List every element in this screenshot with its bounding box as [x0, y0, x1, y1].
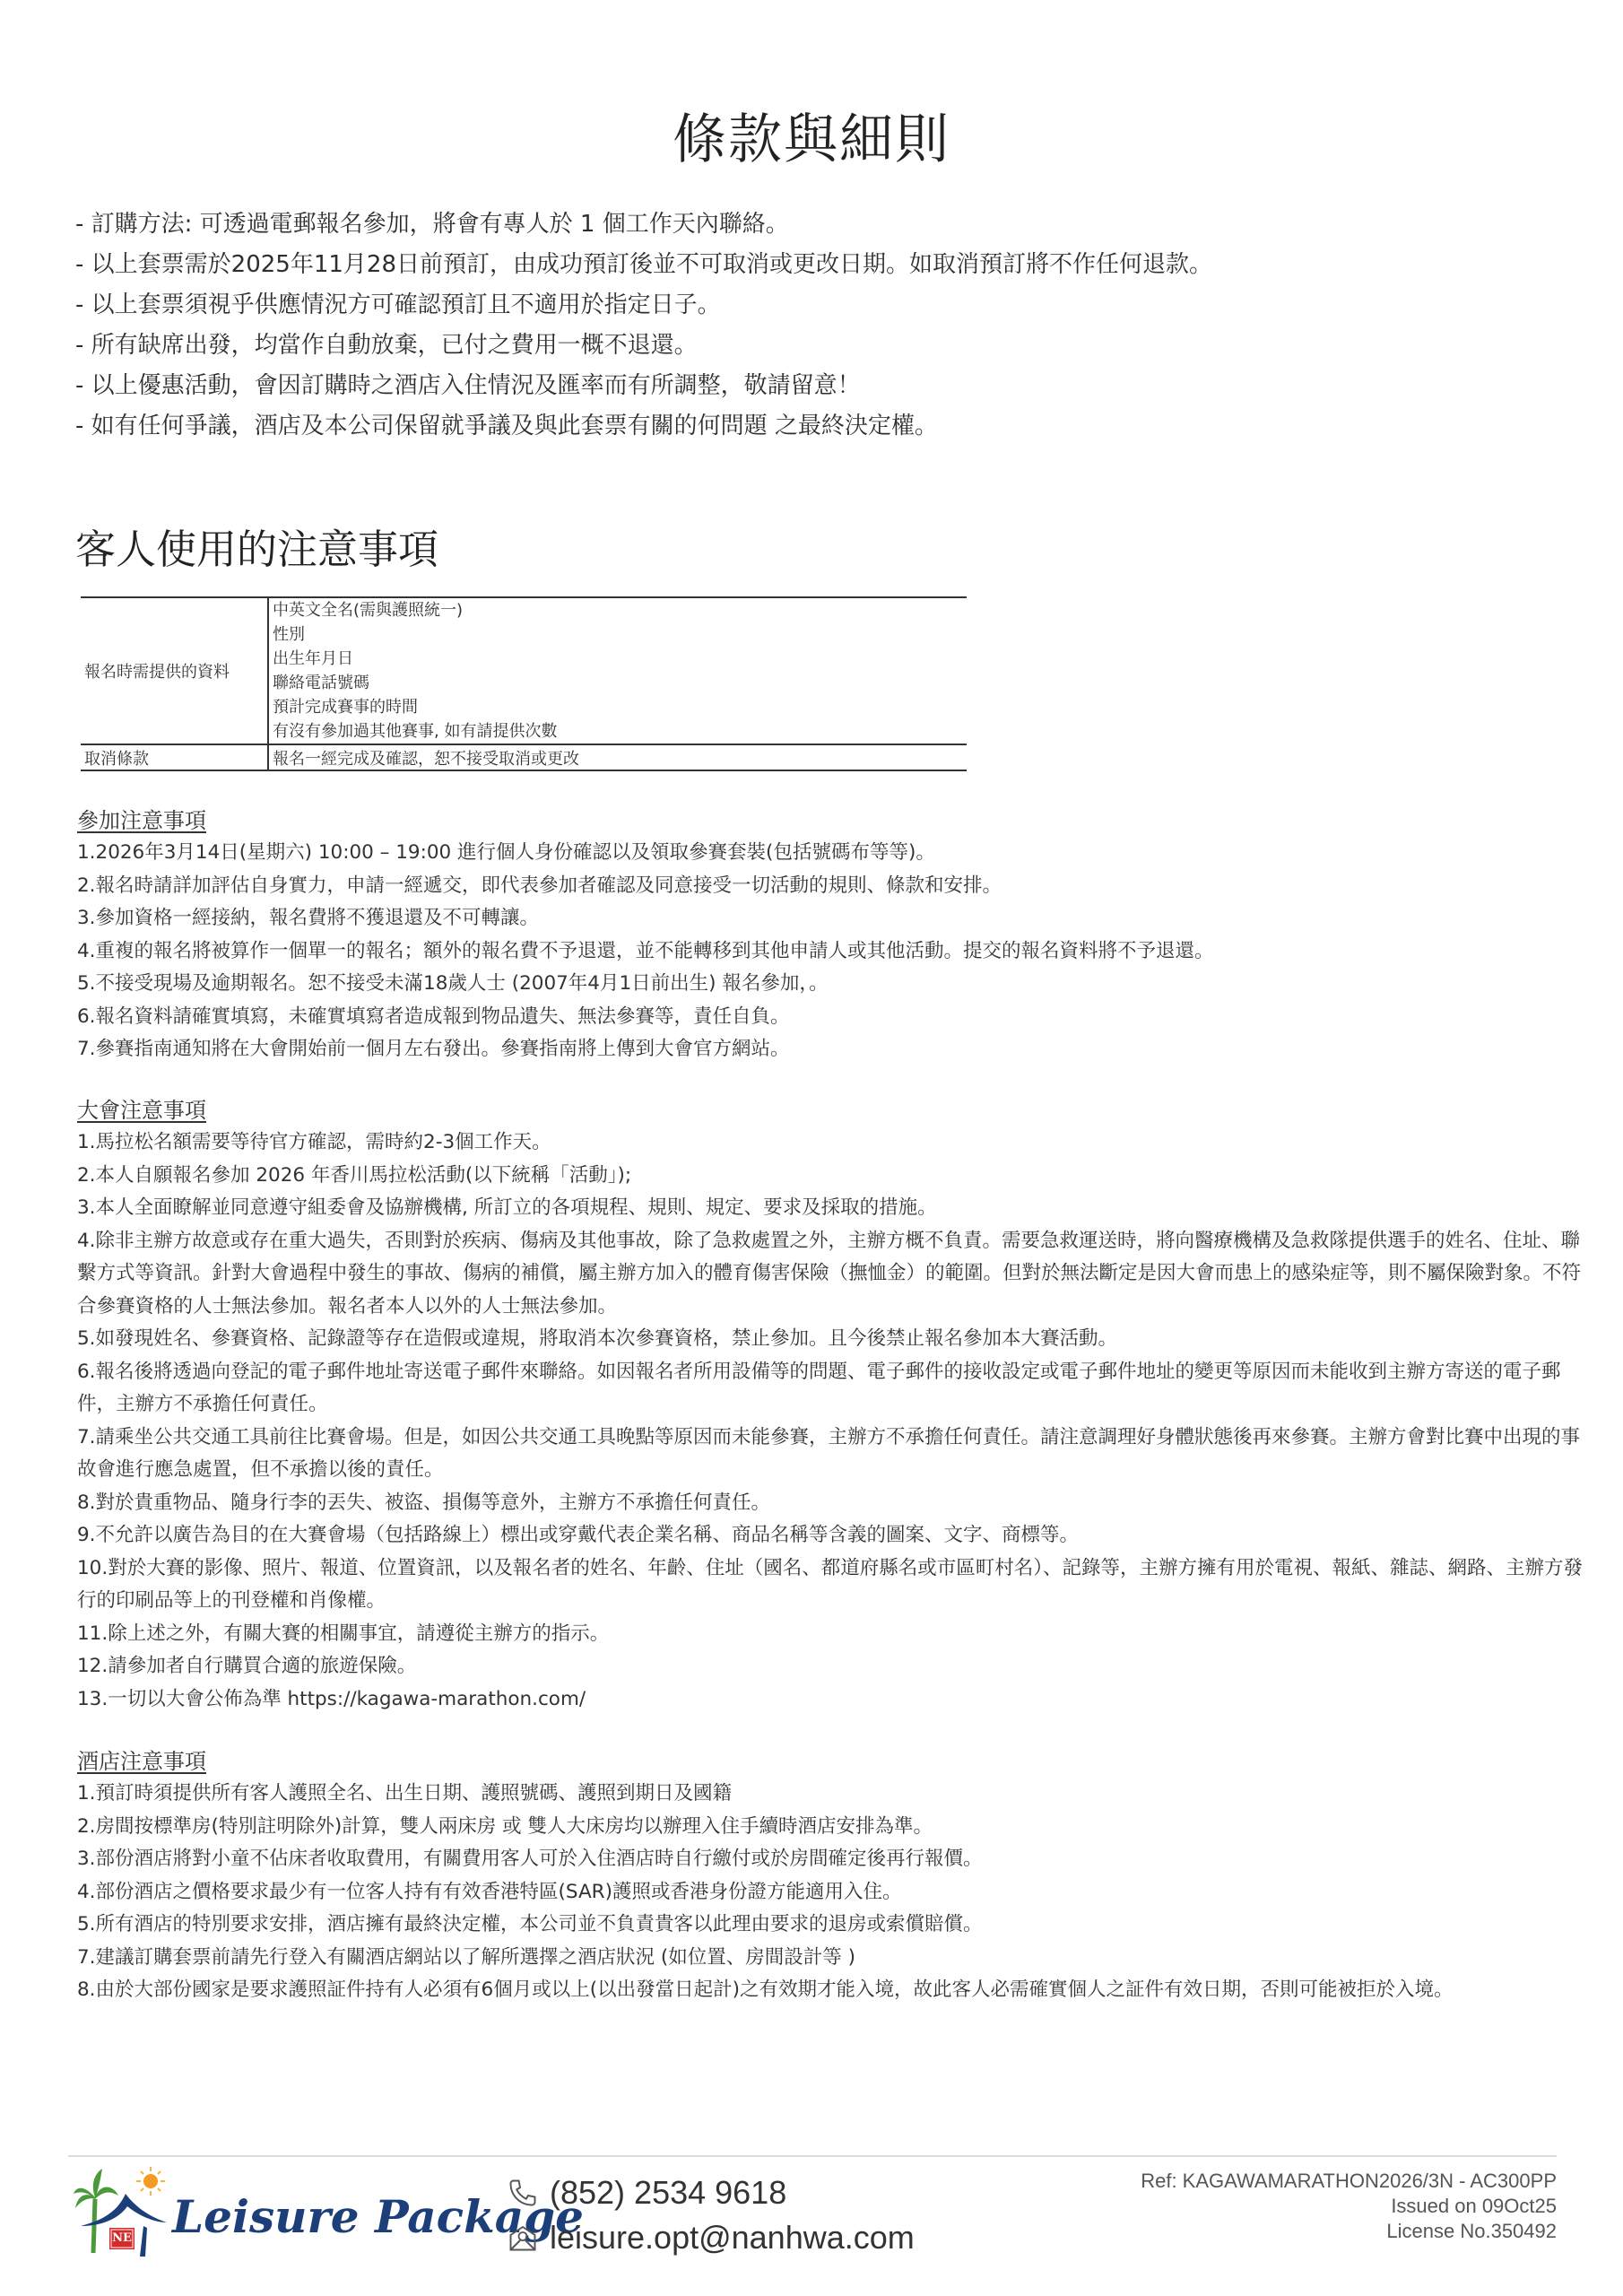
footer-divider	[68, 2155, 1557, 2157]
note-item: 11.除上述之外，有關大賽的相關事宜，請遵從主辦方的指示。	[77, 1618, 1584, 1651]
note-item: 9.不允許以廣告為目的在大賽會場（包括路線上）標出或穿戴代表企業名稱、商品名稱等…	[77, 1519, 1584, 1552]
note-item: 5.不接受現場及逾期報名。恕不接受未滿18歲人士 (2007年4月1日前出生) …	[77, 968, 1584, 1001]
license-number: License No.350492	[1141, 2219, 1557, 2244]
note-item: 5.如發現姓名、參賽資格、記錄證等存在造假或違規，將取消本次參賽資格，禁止參加。…	[77, 1323, 1584, 1356]
hotel-notes: 酒店注意事項 1.預訂時須提供所有客人護照全名、出生日期、護照號碼、護照到期日及…	[77, 1745, 1584, 2007]
company-logo: NE Leisure Package	[74, 2163, 495, 2262]
email-address[interactable]: leisure.opt@nanhwa.com	[550, 2219, 915, 2257]
section-heading: 大會注意事項	[77, 1094, 1584, 1126]
palm-house-logo-icon	[74, 2163, 172, 2262]
issue-date: Issued on 09Oct25	[1141, 2194, 1557, 2219]
note-item: 2.本人自願報名參加 2026 年香川馬拉松活動(以下統稱「活動」);	[77, 1160, 1584, 1193]
note-item: 10.對於大賽的影像、照片、報道、位置資訊，以及報名者的姓名、年齡、住址（國名、…	[77, 1552, 1584, 1618]
table-label-cell: 取消條款	[81, 744, 268, 770]
email-icon	[507, 2222, 539, 2254]
terms-item: - 訂購方法: 可透過電郵報名參加，將會有專人於 1 個工作天內聯絡。	[75, 204, 1555, 245]
note-item: 1.馬拉松名額需要等待官方確認，需時約2-3個工作天。	[77, 1126, 1584, 1160]
note-item: 5.所有酒店的特別要求安排，酒店擁有最終決定權，本公司並不負責貴客以此理由要求的…	[77, 1909, 1584, 1942]
registration-info-table: 報名時需提供的資料 中英文全名(需與護照統一) 性別 出生年月日 聯絡電話號碼 …	[81, 596, 967, 771]
guest-section-title: 客人使用的注意事項	[75, 517, 438, 575]
detail-line: 有沒有參加過其他賽事, 如有請提供次數	[273, 719, 963, 744]
terms-item: - 如有任何爭議，酒店及本公司保留就爭議及與此套票有關的何問題 之最終決定權。	[75, 406, 1555, 447]
phone-number[interactable]: (852) 2534 9618	[550, 2174, 786, 2212]
note-item: 7.參賽指南通知將在大會開始前一個月左右發出。參賽指南將上傳到大會官方網站。	[77, 1033, 1584, 1066]
note-item: 4.重複的報名將被算作一個單一的報名；額外的報名費不予退還，並不能轉移到其他申請…	[77, 935, 1584, 969]
table-detail-cell: 中英文全名(需與護照統一) 性別 出生年月日 聯絡電話號碼 預計完成賽事的時間 …	[268, 597, 967, 744]
note-item: 8.由於大部份國家是要求護照証件持有人必須有6個月或以上(以出發當日起計)之有效…	[77, 1974, 1584, 2007]
detail-line: 出生年月日	[273, 647, 963, 671]
reference-block: Ref: KAGAWAMARATHON2026/3N - AC300PP Iss…	[1141, 2169, 1557, 2244]
section-heading: 參加注意事項	[77, 804, 1584, 837]
logo-badge-text: NE	[111, 2231, 133, 2247]
terms-item: - 以上套票須視乎供應情況方可確認預訂且不適用於指定日子。	[75, 285, 1555, 326]
note-item: 3.部份酒店將對小童不佔床者收取費用，有關費用客人可於入住酒店時自行繳付或於房間…	[77, 1843, 1584, 1876]
note-item: 8.對於貴重物品、隨身行李的丟失、被盜、損傷等意外，主辦方不承擔任何責任。	[77, 1487, 1584, 1520]
note-item: 1.預訂時須提供所有客人護照全名、出生日期、護照號碼、護照到期日及國籍	[77, 1778, 1584, 1811]
note-item: 7.請乘坐公共交通工具前往比賽會場。但是，如因公共交通工具晚點等原因而未能參賽，…	[77, 1422, 1584, 1487]
note-item: 3.本人全面瞭解並同意遵守組委會及協辦機構, 所訂立的各項規程、規則、規定、要求…	[77, 1192, 1584, 1225]
event-notes: 大會注意事項 1.馬拉松名額需要等待官方確認，需時約2-3個工作天。 2.本人自…	[77, 1094, 1584, 1716]
detail-line: 性別	[273, 622, 963, 647]
note-item: 13.一切以大會公佈為準 https://kagawa-marathon.com…	[77, 1683, 1584, 1717]
terms-list: - 訂購方法: 可透過電郵報名參加，將會有專人於 1 個工作天內聯絡。 - 以上…	[75, 204, 1555, 447]
note-item: 6.報名資料請確實填寫，未確實填寫者造成報到物品遺失、無法參賽等，責任自負。	[77, 1001, 1584, 1034]
note-item: 7.建議訂購套票前請先行登入有關酒店網站以了解所選擇之酒店狀況 (如位置、房間設…	[77, 1942, 1584, 1975]
table-row: 取消條款 報名一經完成及確認，恕不接受取消或更改	[81, 744, 967, 770]
table-label-cell: 報名時需提供的資料	[81, 597, 268, 744]
detail-line: 聯絡電話號碼	[273, 671, 963, 695]
detail-line: 中英文全名(需與護照統一)	[273, 598, 963, 622]
page-title: 條款與細則	[0, 97, 1623, 174]
participation-notes: 參加注意事項 1.2026年3月14日(星期六) 10:00 – 19:00 進…	[77, 804, 1584, 1066]
note-item: 12.請參加者自行購買合適的旅遊保險。	[77, 1650, 1584, 1683]
table-row: 報名時需提供的資料 中英文全名(需與護照統一) 性別 出生年月日 聯絡電話號碼 …	[81, 597, 967, 744]
phone-row: (852) 2534 9618	[507, 2170, 915, 2215]
note-item: 4.部份酒店之價格要求最少有一位客人持有有效香港特區(SAR)護照或香港身份證方…	[77, 1876, 1584, 1909]
terms-item: - 以上套票需於2025年11月28日前預訂，由成功預訂後並不可取消或更改日期。…	[75, 245, 1555, 285]
note-item: 4.除非主辦方故意或存在重大過失，否則對於疾病、傷病及其他事故，除了急救處置之外…	[77, 1225, 1584, 1324]
note-item: 2.報名時請詳加評估自身實力，申請一經遞交，即代表參加者確認及同意接受一切活動的…	[77, 870, 1584, 903]
note-item: 2.房間按標準房(特別註明除外)計算，雙人兩床房 或 雙人大床房均以辦理入住手續…	[77, 1811, 1584, 1844]
table-detail-cell: 報名一經完成及確認，恕不接受取消或更改	[268, 744, 967, 770]
detail-line: 預計完成賽事的時間	[273, 695, 963, 719]
note-item: 3.參加資格一經接納，報名費將不獲退還及不可轉讓。	[77, 902, 1584, 935]
reference-number: Ref: KAGAWAMARATHON2026/3N - AC300PP	[1141, 2169, 1557, 2194]
phone-icon	[507, 2177, 539, 2209]
terms-item: - 所有缺席出發，均當作自動放棄，已付之費用一概不退還。	[75, 326, 1555, 366]
terms-item: - 以上優惠活動，會因訂購時之酒店入住情況及匯率而有所調整，敬請留意！	[75, 366, 1555, 406]
contact-info: (852) 2534 9618 leisure.opt@nanhwa.com	[507, 2170, 915, 2260]
note-item: 6.報名後將透過向登記的電子郵件地址寄送電子郵件來聯絡。如因報名者所用設備等的問…	[77, 1356, 1584, 1422]
section-heading: 酒店注意事項	[77, 1745, 1584, 1778]
email-row: leisure.opt@nanhwa.com	[507, 2215, 915, 2260]
note-item: 1.2026年3月14日(星期六) 10:00 – 19:00 進行個人身份確認…	[77, 837, 1584, 870]
